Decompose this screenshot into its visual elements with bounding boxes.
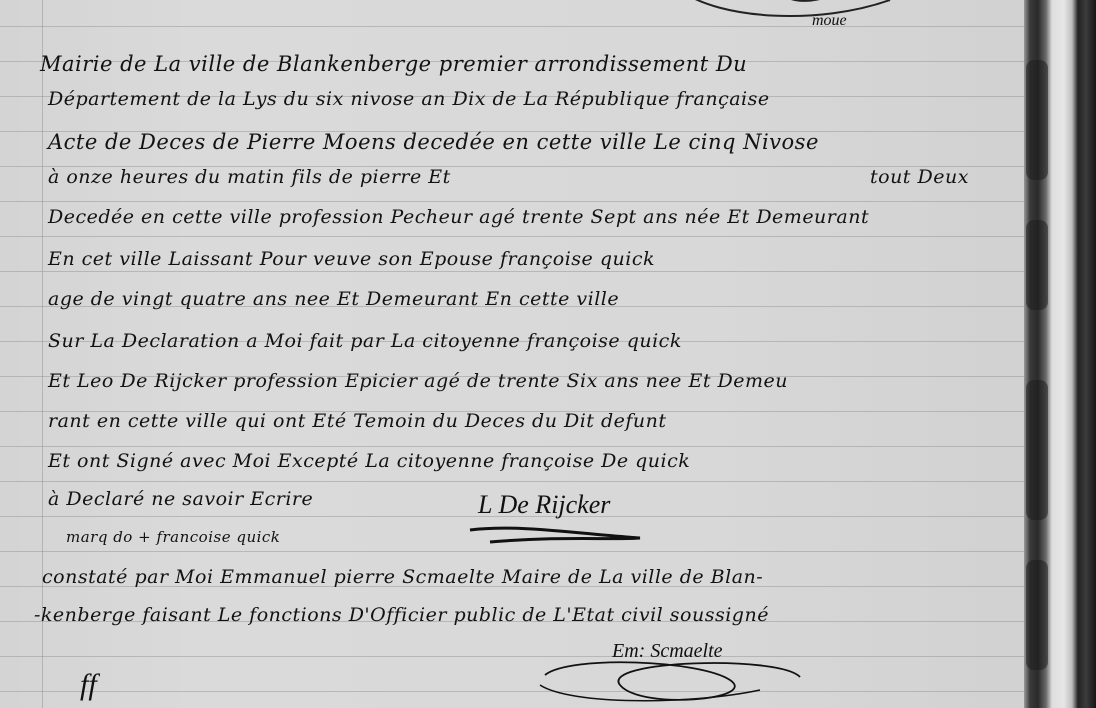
- line-4b: tout Deux: [870, 166, 969, 188]
- line-11: Et ont Signé avec Moi Excepté La citoyen…: [48, 450, 690, 472]
- line-13: constaté par Moi Emmanuel pierre Scmaelt…: [42, 566, 763, 588]
- header-fragment: moue: [812, 12, 847, 30]
- mark-line: marq do + francoise quick: [66, 528, 280, 546]
- line-10: rant en cette ville qui ont Eté Temoin d…: [48, 410, 667, 432]
- witness-signature: L De Rijcker: [478, 490, 610, 520]
- line-8: Sur La Declaration a Moi fait par La cit…: [48, 330, 682, 352]
- margin-mark: ff: [80, 668, 97, 702]
- mayor-signature: Em: Scmaelte: [612, 640, 723, 663]
- margin-line: [42, 0, 43, 708]
- line-6: En cet ville Laissant Pour veuve son Epo…: [48, 248, 655, 270]
- register-page: moue Mairie de La ville de Blankenberge …: [0, 0, 1096, 708]
- line-3: Acte de Deces de Pierre Moens decedée en…: [48, 130, 819, 154]
- line-1: Mairie de La ville de Blankenberge premi…: [40, 52, 747, 76]
- line-12: à Declaré ne savoir Ecrire: [48, 488, 313, 510]
- line-5: Decedée en cette ville profession Pecheu…: [48, 206, 869, 228]
- line-2: Département de la Lys du six nivose an D…: [48, 88, 770, 110]
- line-9: Et Leo De Rijcker profession Epicier agé…: [48, 370, 788, 392]
- line-4: à onze heures du matin fils de pierre Et: [48, 166, 451, 188]
- line-14: -kenberge faisant Le fonctions D'Officie…: [34, 604, 769, 626]
- line-7: age de vingt quatre ans nee Et Demeurant…: [48, 288, 619, 310]
- page-binding-edge: [1024, 0, 1096, 708]
